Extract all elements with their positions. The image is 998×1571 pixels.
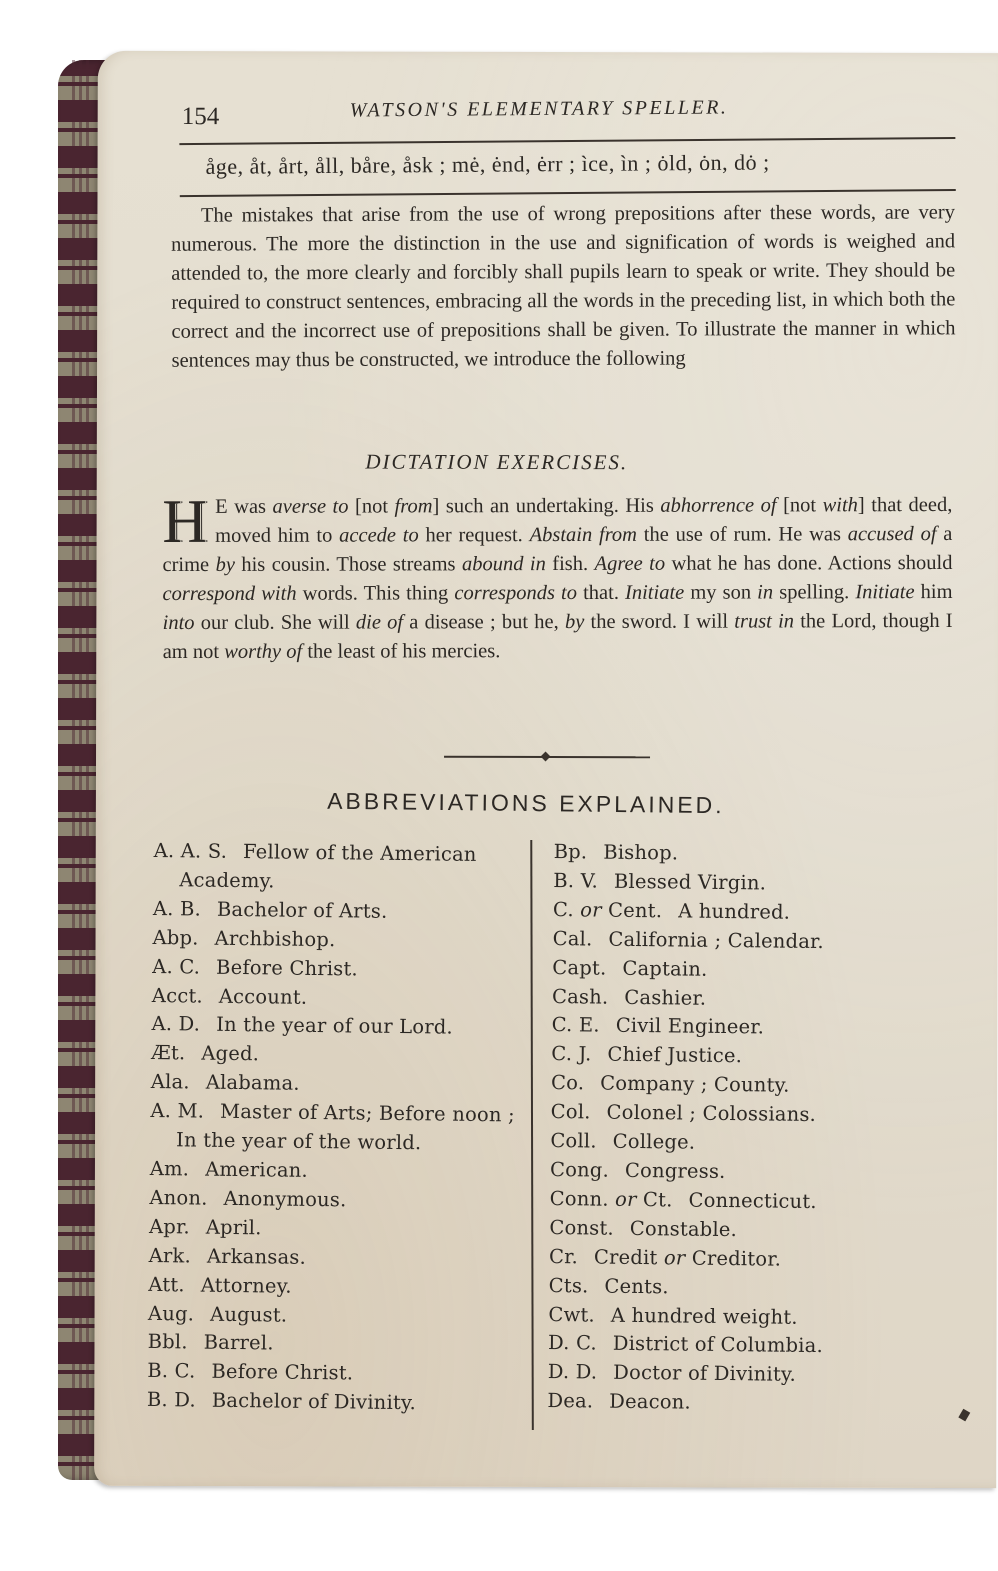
abbreviation-entry: Acct.Account. — [152, 981, 522, 1014]
abbreviation-entry: Const.Constable. — [549, 1214, 949, 1247]
italic-phrase: corresponds to — [454, 582, 577, 604]
text-run: the sword. I will — [584, 611, 734, 633]
abbreviation: Abp. — [152, 926, 198, 950]
abbreviation-meaning: Bachelor of Arts. — [217, 898, 388, 923]
drop-cap: H — [162, 497, 207, 547]
abbreviation-meaning: Civil Engineer. — [616, 1014, 765, 1039]
abbreviation-entry: Æt.Aged. — [151, 1039, 521, 1072]
italic-phrase: correspond with — [163, 583, 297, 605]
abbreviation: A. M. — [150, 1099, 204, 1123]
abbreviation: Aug. — [148, 1301, 194, 1325]
abbreviation-entry: Cts.Cents. — [549, 1272, 949, 1305]
italic-phrase: abound in — [462, 553, 546, 575]
italic-phrase: averse to — [272, 496, 348, 518]
text-run: what he has done. Actions should — [665, 552, 952, 575]
text-run: [not — [348, 495, 394, 517]
abbreviation-meaning: American. — [205, 1158, 308, 1182]
italic-phrase: abhorrence of — [660, 494, 776, 516]
abbreviation-entry: Cong.Congress. — [550, 1156, 950, 1189]
abbreviations-right-column: Bp.Bishop.B. V.Blessed Virgin.C. or Cent… — [547, 838, 954, 1421]
abbreviation-meaning: Chief Justice. — [607, 1043, 742, 1068]
abbreviations-list: A. A. S.Fellow of the American Academy.A… — [134, 837, 956, 1439]
abbreviation-entry: Bp.Bishop. — [553, 838, 953, 871]
running-head: 154 WATSON'S ELEMENTARY SPELLER. — [182, 97, 962, 139]
abbreviation-entry: Col.Colonel ; Colossians. — [551, 1098, 951, 1131]
abbreviation: Cal. — [553, 927, 593, 950]
book-page: 154 WATSON'S ELEMENTARY SPELLER. åge, åt… — [94, 51, 998, 1488]
abbreviation-entry: Ala.Alabama. — [151, 1068, 521, 1101]
abbreviation-entry: B. C.Before Christ. — [147, 1357, 517, 1390]
text-run: the use of rum. He was — [637, 523, 848, 546]
abbreviation-entry: Ark.Arkansas. — [149, 1242, 519, 1275]
abbreviation: A. B. — [153, 897, 201, 921]
abbreviation-entry: Cwt.A hundred weight. — [548, 1300, 948, 1333]
abbreviation-meaning: Archbishop. — [214, 926, 335, 950]
italic-phrase: in — [757, 581, 773, 603]
abbreviation-meaning: Bishop. — [603, 841, 678, 865]
abbreviation: Ark. — [149, 1244, 191, 1268]
abbreviation-meaning: College. — [613, 1130, 696, 1154]
abbreviation-entry: Aug.August. — [148, 1299, 518, 1332]
text-run: fish. — [546, 553, 595, 575]
abbreviation-meaning: Colonel ; Colossians. — [606, 1101, 816, 1126]
abbreviation-meaning: Captain. — [622, 956, 707, 980]
abbreviation-meaning: In the year of our Lord. — [216, 1013, 453, 1039]
column-divider — [530, 840, 533, 1430]
abbreviations-left-column: A. A. S.Fellow of the American Academy.A… — [147, 837, 524, 1420]
abbreviation-meaning: Attorney. — [201, 1273, 292, 1297]
italic-phrase: accused of — [848, 523, 937, 545]
abbreviation: Cr. — [549, 1245, 578, 1268]
abbreviation: Col. — [551, 1100, 591, 1123]
text-run: his cousin. Those streams — [235, 553, 462, 576]
abbreviation: Ala. — [151, 1070, 190, 1093]
abbreviation: Conn. or Ct. — [550, 1187, 673, 1211]
pronunciation-key: åge, åt, årt, åll, båre, åsk ; mė, ėnd, … — [205, 149, 769, 179]
abbreviation: Bbl. — [148, 1330, 188, 1353]
abbreviation-meaning: Aged. — [201, 1042, 259, 1066]
abbreviation-meaning: A hundred. — [678, 899, 790, 923]
abbreviation: C. or Cent. — [553, 898, 662, 922]
abbreviation-meaning: Account. — [219, 984, 308, 1008]
abbreviation-meaning: Before Christ. — [211, 1360, 353, 1385]
abbreviation-meaning: Before Christ. — [216, 955, 358, 980]
text-run: E was — [215, 496, 272, 518]
abbreviation: Anon. — [149, 1186, 207, 1210]
abbreviation-meaning: Anonymous. — [223, 1187, 346, 1212]
abbreviation-entry: A. B.Bachelor of Arts. — [153, 895, 523, 928]
dictation-heading: DICTATION EXERCISES. — [97, 449, 897, 476]
abbreviation-entry: Conn. or Ct.Connecticut. — [550, 1185, 950, 1218]
abbreviation: B. C. — [147, 1359, 195, 1383]
abbreviation-entry: C. or Cent.A hundred. — [553, 896, 953, 929]
text-run: a disease ; but he, — [403, 611, 565, 633]
text-run: [not — [777, 494, 823, 516]
italic-phrase: by — [565, 611, 584, 633]
abbreviation: Acct. — [152, 983, 203, 1007]
page-corner-tear — [958, 1409, 970, 1422]
abbreviation-entry: A. M.Master of Arts; Before noon ; In th… — [150, 1097, 521, 1159]
abbreviation-meaning: Doctor of Divinity. — [613, 1361, 796, 1386]
abbreviation-entry: Abp.Archbishop. — [152, 924, 522, 957]
abbreviation-meaning: Blessed Virgin. — [614, 870, 766, 895]
abbreviation-meaning: Arkansas. — [207, 1244, 306, 1268]
abbreviation-meaning: Connecticut. — [688, 1188, 816, 1212]
abbreviation-meaning: August. — [210, 1302, 287, 1326]
abbreviation-entry: A. A. S.Fellow of the American Academy. — [153, 837, 524, 899]
text-run: spelling. — [773, 581, 855, 603]
dictation-text: E was averse to [not from] such an under… — [162, 494, 952, 663]
text-run: him — [915, 581, 953, 603]
abbreviation: Capt. — [552, 956, 606, 980]
italic-phrase: into — [163, 612, 195, 634]
abbreviation: Att. — [148, 1273, 185, 1296]
abbreviation-meaning: Cashier. — [624, 985, 706, 1009]
abbreviation-meaning: Credit or Creditor. — [594, 1245, 781, 1270]
abbreviation-meaning: Alabama. — [206, 1071, 300, 1095]
abbreviation: Cash. — [552, 985, 609, 1009]
text-run: the least of his mercies. — [302, 640, 500, 663]
abbreviation-entry: Apr.April. — [149, 1213, 519, 1246]
abbreviation: B. V. — [553, 869, 598, 893]
abbreviation-meaning: Company ; County. — [600, 1072, 790, 1097]
abbreviation: Am. — [150, 1157, 190, 1180]
abbreviation-meaning: Deacon. — [609, 1390, 691, 1414]
italic-phrase: Abstain from — [530, 524, 637, 546]
intro-paragraph: The mistakes that arise from the use of … — [171, 198, 956, 375]
abbreviation-entry: C. E.Civil Engineer. — [552, 1011, 952, 1044]
italic-phrase: Initiate — [855, 581, 914, 603]
ornamental-rule — [444, 756, 650, 759]
abbreviation-meaning: April. — [206, 1215, 262, 1239]
abbreviation: Co. — [551, 1071, 584, 1094]
italic-phrase: Initiate — [625, 582, 684, 604]
text-run: ] such an undertaking. His — [432, 495, 660, 518]
intro-paragraph-block: The mistakes that arise from the use of … — [171, 198, 956, 375]
dictation-exercises: H E was averse to [not from] such an und… — [162, 491, 952, 667]
abbreviation-entry: Bbl.Barrel. — [147, 1328, 517, 1361]
abbreviation-entry: Coll.College. — [550, 1127, 950, 1160]
abbreviation-entry: Att.Attorney. — [148, 1271, 518, 1304]
abbreviation-meaning: California ; Calendar. — [608, 927, 824, 952]
abbreviation-entry: Am.American. — [150, 1155, 520, 1188]
italic-phrase: die of — [356, 611, 403, 633]
abbreviation-entry: Cal.California ; Calendar. — [553, 925, 953, 958]
abbreviation: C. E. — [552, 1013, 600, 1037]
abbreviation-entry: B. V.Blessed Virgin. — [553, 867, 953, 900]
abbreviation: Dea. — [547, 1389, 593, 1413]
abbreviation-entry: Dea.Deacon. — [547, 1387, 947, 1420]
abbreviation: D. C. — [548, 1331, 597, 1355]
abbreviation-entry: D. C.District of Columbia. — [548, 1329, 948, 1362]
abbreviation-entry: Anon.Anonymous. — [149, 1184, 519, 1217]
abbreviation-meaning: Congress. — [625, 1159, 726, 1183]
abbreviation: D. D. — [548, 1360, 598, 1384]
abbreviation: Bp. — [554, 840, 588, 863]
abbreviation-entry: A. C.Before Christ. — [152, 953, 522, 986]
abbreviation: Const. — [549, 1216, 614, 1240]
abbreviation: Apr. — [149, 1215, 190, 1238]
abbreviation-meaning: Master of Arts; Before noon ; In the yea… — [176, 1100, 515, 1154]
abbreviation-meaning: Bachelor of Divinity. — [212, 1389, 416, 1414]
page-number: 154 — [182, 103, 220, 131]
abbreviation: Æt. — [151, 1041, 185, 1064]
text-run: our club. She will — [194, 612, 355, 634]
italic-phrase: Agree to — [595, 553, 666, 575]
abbreviation-entry: Co.Company ; County. — [551, 1069, 951, 1102]
text-run: her request. — [419, 524, 530, 546]
abbreviation-meaning: A hundred weight. — [611, 1303, 798, 1328]
abbreviation-entry: Cash.Cashier. — [552, 983, 952, 1016]
book-title: WATSON'S ELEMENTARY SPELLER. — [350, 96, 729, 122]
abbreviation-meaning: Barrel. — [204, 1331, 274, 1355]
abbreviations-heading: ABBREVIATIONS EXPLAINED. — [96, 785, 956, 822]
abbreviation-meaning: District of Columbia. — [613, 1332, 823, 1357]
abbreviation-entry: Capt.Captain. — [552, 954, 952, 987]
text-run: words. This thing — [297, 582, 455, 604]
italic-phrase: with — [823, 494, 858, 516]
italic-phrase: trust in — [734, 610, 794, 632]
abbreviation-meaning: Constable. — [630, 1217, 737, 1241]
text-run: that. — [577, 582, 625, 604]
abbreviation: B. D. — [147, 1388, 196, 1412]
italic-phrase: by — [216, 554, 235, 576]
pronunciation-key-band: åge, åt, årt, åll, båre, åsk ; mė, ėnd, … — [179, 137, 955, 197]
italic-phrase: from — [395, 495, 433, 517]
abbreviation: A. C. — [152, 955, 200, 979]
abbreviation: A. A. S. — [154, 839, 228, 863]
abbreviation: C. J. — [551, 1042, 591, 1065]
abbreviation: Coll. — [550, 1129, 597, 1153]
abbreviation-entry: A. D.In the year of our Lord. — [151, 1010, 521, 1043]
italic-phrase: worthy of — [224, 641, 302, 663]
abbreviation: A. D. — [151, 1012, 200, 1036]
abbreviation-entry: D. D.Doctor of Divinity. — [548, 1358, 948, 1391]
text-run: my son — [684, 582, 757, 604]
italic-phrase: accede to — [339, 524, 419, 546]
abbreviation-entry: Cr.Credit or Creditor. — [549, 1243, 949, 1276]
abbreviation: Cong. — [550, 1158, 609, 1182]
abbreviation: Cts. — [549, 1274, 589, 1297]
abbreviation-meaning: Cents. — [604, 1274, 669, 1298]
abbreviation-entry: B. D.Bachelor of Divinity. — [147, 1386, 517, 1419]
abbreviation-entry: C. J.Chief Justice. — [551, 1040, 951, 1073]
abbreviation: Cwt. — [548, 1302, 595, 1326]
